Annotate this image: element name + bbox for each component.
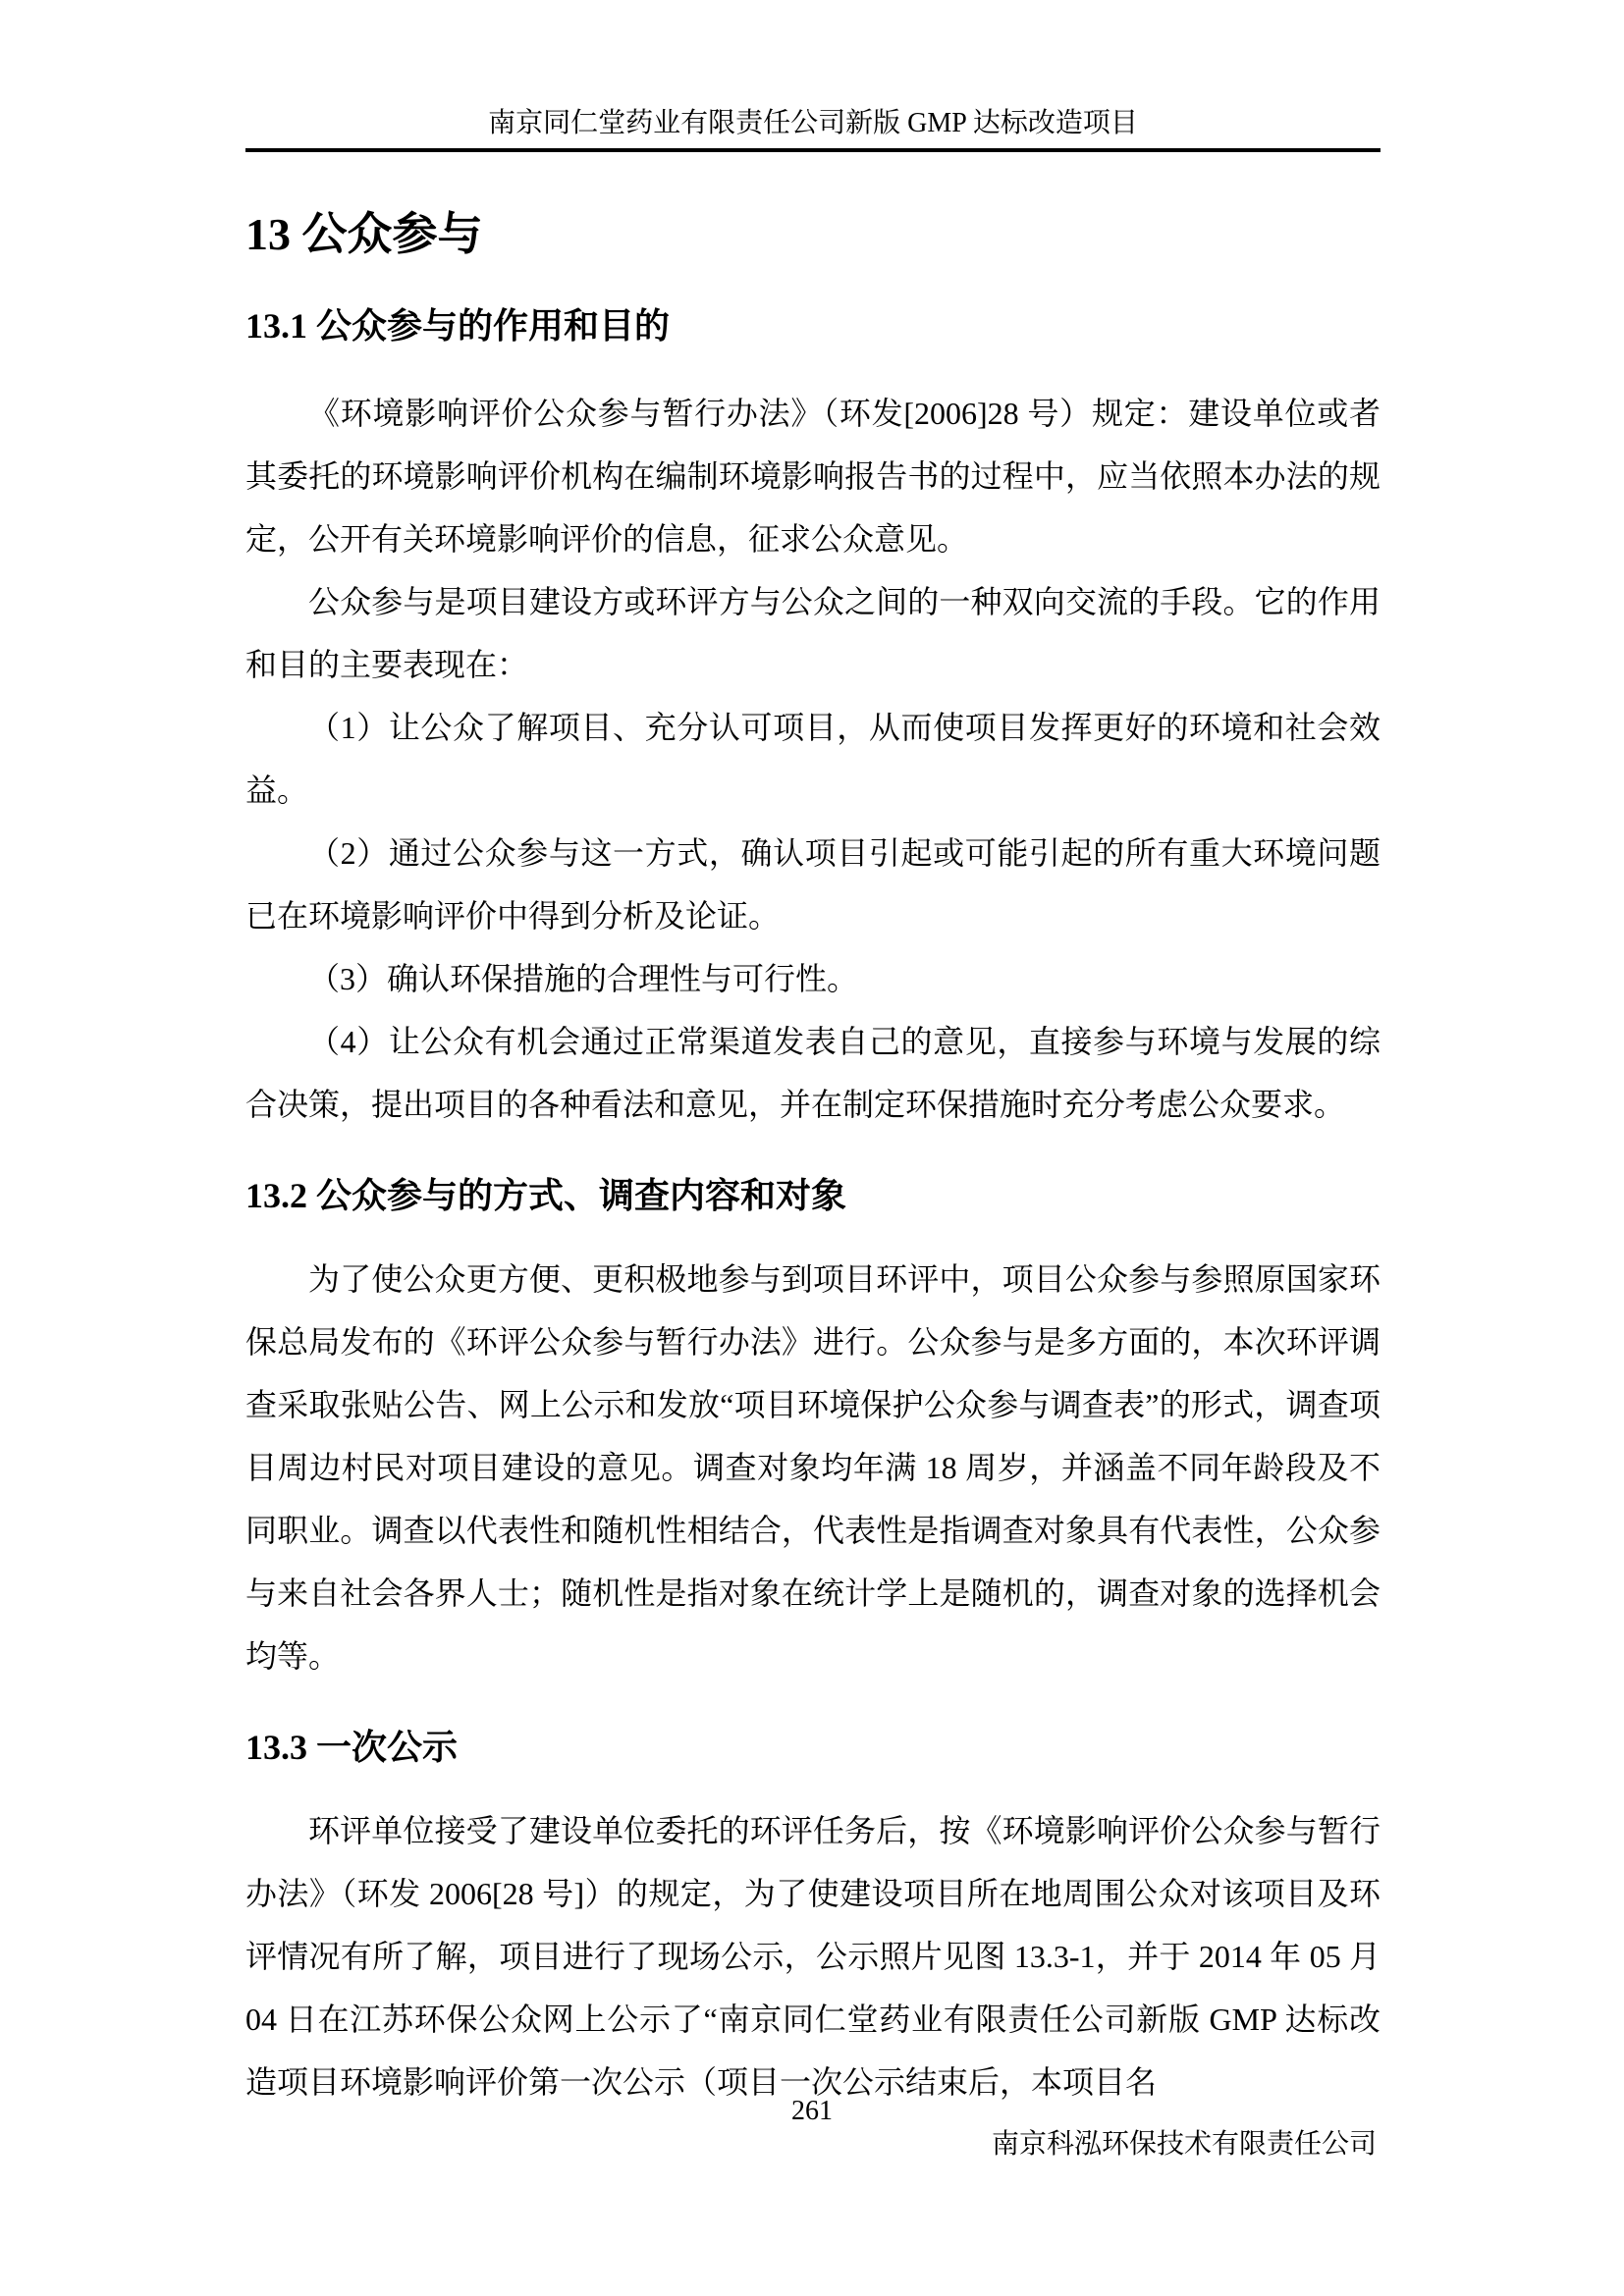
paragraph-item-1: （1）让公众了解项目、充分认可项目，从而使项目发挥更好的环境和社会效益。 — [245, 696, 1380, 822]
chapter-title: 13 公众参与 — [245, 207, 1380, 262]
page-header: 南京同仁堂药业有限责任公司新版 GMP 达标改造项目 — [245, 106, 1380, 152]
section-heading-13-2: 13.2 公众参与的方式、调查内容和对象 — [245, 1173, 1380, 1218]
paragraph-item-3: （3）确认环保措施的合理性与可行性。 — [245, 947, 1380, 1010]
document-page: 南京同仁堂药业有限责任公司新版 GMP 达标改造项目 13 公众参与 13.1 … — [0, 0, 1624, 2296]
page-number: 261 — [0, 2097, 1624, 2126]
section-heading-13-3: 13.3 一次公示 — [245, 1725, 1380, 1770]
header-rule — [245, 148, 1380, 152]
paragraph-first-publicity: 环评单位接受了建设单位委托的环评任务后，按《环境影响评价公众参与暂行办法》（环发… — [245, 1799, 1380, 2113]
paragraph-survey-method: 为了使公众更方便、更积极地参与到项目环评中，项目公众参与参照原国家环保总局发布的… — [245, 1248, 1380, 1687]
footer-company: 南京科泓环保技术有限责任公司 — [992, 2128, 1377, 2162]
paragraph-item-2: （2）通过公众参与这一方式，确认项目引起或可能引起的所有重大环境问题已在环境影响… — [245, 822, 1380, 947]
paragraph-item-4: （4）让公众有机会通过正常渠道发表自己的意见，直接参与环境与发展的综合决策，提出… — [245, 1010, 1380, 1136]
page-content: 南京同仁堂药业有限责任公司新版 GMP 达标改造项目 13 公众参与 13.1 … — [245, 0, 1380, 2113]
section-heading-13-1: 13.1 公众参与的作用和目的 — [245, 303, 1380, 348]
paragraph-regulation-basis: 《环境影响评价公众参与暂行办法》（环发[2006]28 号）规定：建设单位或者其… — [245, 382, 1380, 570]
paragraph-purpose-intro: 公众参与是项目建设方或环评方与公众之间的一种双向交流的手段。它的作用和目的主要表… — [245, 570, 1380, 696]
header-title: 南京同仁堂药业有限责任公司新版 GMP 达标改造项目 — [245, 106, 1380, 141]
